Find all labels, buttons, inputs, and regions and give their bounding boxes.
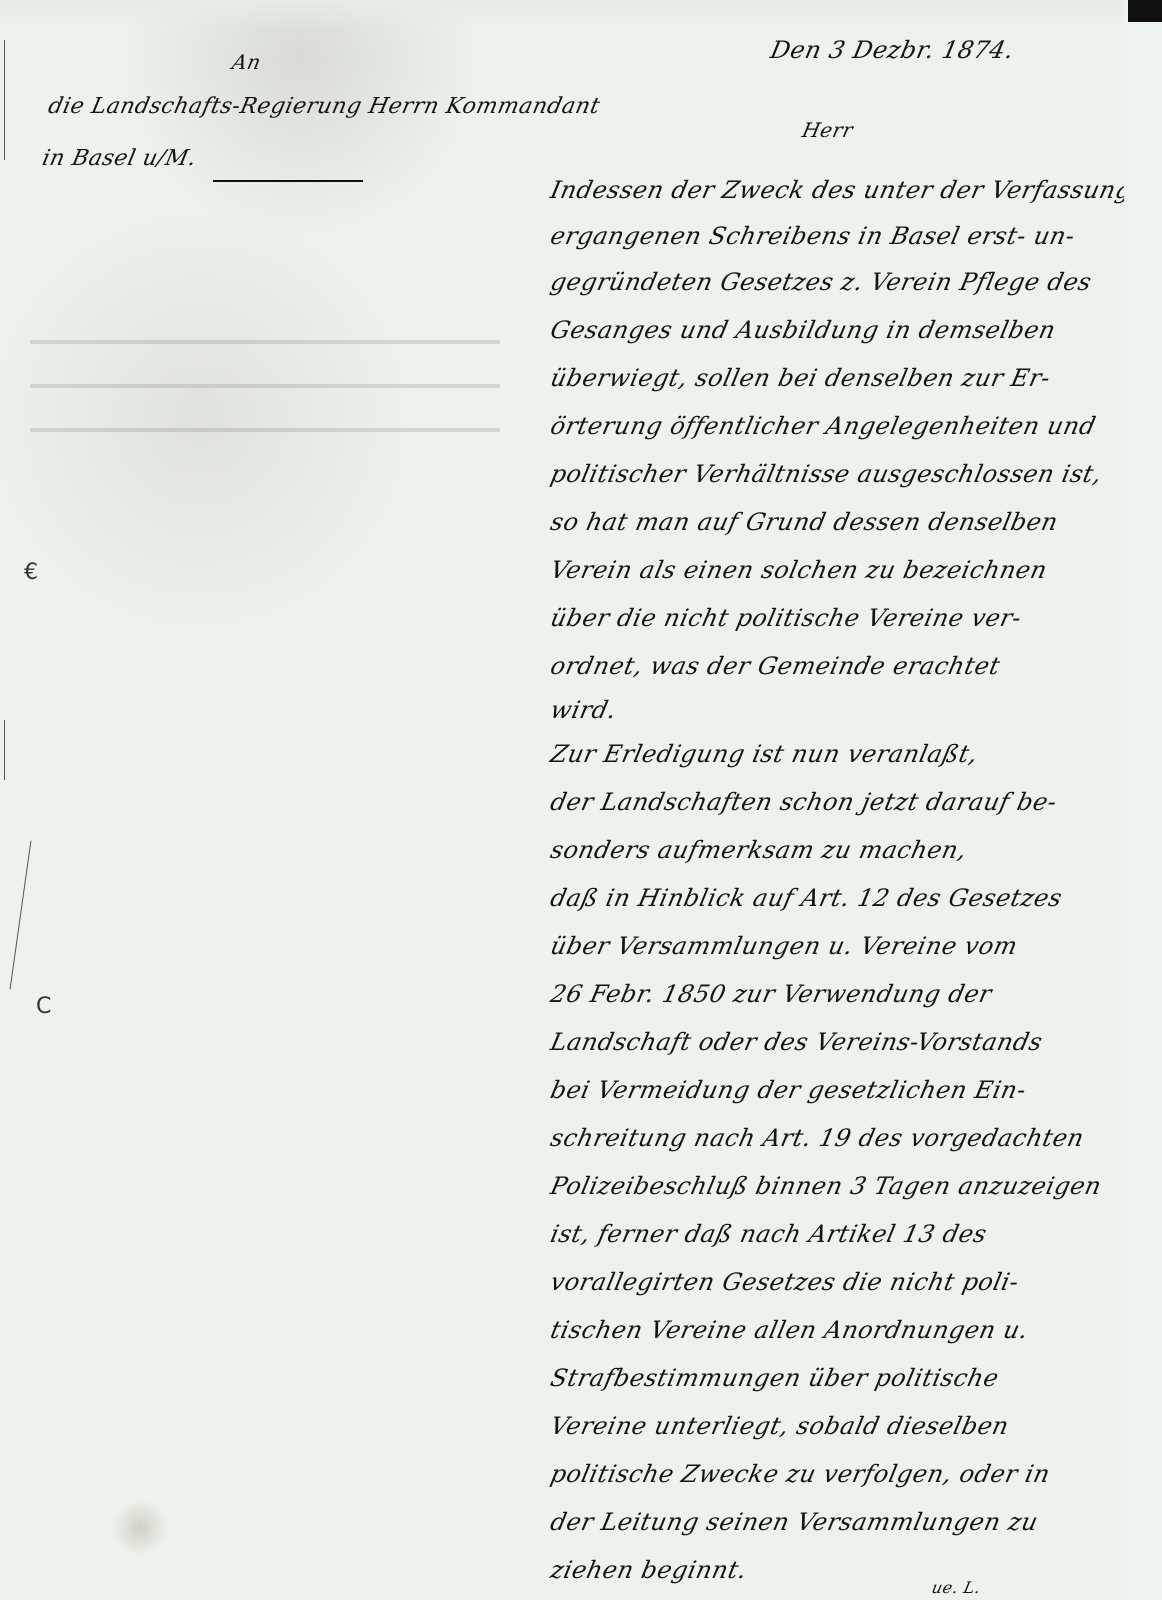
body-line: wird. [548,696,619,724]
body-line: so hat man auf Grund dessen denselben [548,508,1061,536]
body-line: Landschaft oder des Vereins-Vorstands [548,1028,1045,1056]
body-line: örterung öffentlicher Angelegenheiten un… [548,412,1098,440]
body-line: überwiegt, sollen bei denselben zur Er- [548,364,1053,392]
body-line: schreitung nach Art. 19 des vorgedachten [548,1124,1087,1152]
body-line: tischen Vereine allen Anordnungen u. [548,1316,1031,1344]
signature-fragment: ue. L. [930,1578,983,1597]
left-margin-rule [4,720,5,780]
recipient-line-1: die Landschafts-Regierung Herrn Kommanda… [46,94,602,119]
body-line: vorallegirten Gesetzes die nicht poli- [548,1268,1022,1296]
body-line: Zur Erledigung ist nun veranlaßt, [548,740,980,768]
margin-mark: C [36,994,51,1019]
body-line: Indessen der Zweck des unter der Verfass… [548,176,1135,204]
body-line: politische Zwecke zu verfolgen, oder in [548,1460,1053,1488]
left-margin-rule [10,841,32,990]
body-line: politischer Verhältnisse ausgeschlossen … [548,460,1105,488]
recipient-underline [213,180,363,182]
body-line: Strafbestimmungen über politische [548,1364,1002,1392]
recipient-line-2: in Basel u/M. [40,146,199,171]
body-line: ergangenen Schreibens in Basel erst- un- [548,222,1078,250]
body-line: daß in Hinblick auf Art. 12 des Gesetzes [548,884,1065,912]
body-line: Polizeibeschluß binnen 3 Tagen anzuzeige… [548,1172,1104,1200]
body-line: Verein als einen solchen zu bezeichnen [548,556,1050,584]
body-line: ziehen beginnt. [548,1556,750,1584]
body-line: über Versammlungen u. Vereine vom [548,932,1020,960]
body-line: 26 Febr. 1850 zur Verwendung der [548,980,994,1008]
body-line: Gesanges und Ausbildung in demselben [548,316,1058,344]
scan-top-black-bar [1128,0,1162,22]
body-line: über die nicht politische Vereine ver- [548,604,1024,632]
bleed-through-ghost-text [30,300,500,470]
scan-right-margin [1124,0,1162,1600]
greeting: Herr [800,118,856,142]
top-edge-shadow [0,0,1124,30]
scanned-letter-page: € C An die Landschafts-Regierung Herrn K… [0,0,1124,1600]
left-margin-rule [4,40,5,160]
margin-mark: € [24,560,38,585]
body-line: der Landschaften schon jetzt darauf be- [548,788,1060,816]
letter-date: Den 3 Dezbr. 1874. [768,36,1017,64]
body-line: der Leitung seinen Versammlungen zu [548,1508,1041,1536]
body-line: gegründeten Gesetzes z. Verein Pflege de… [548,268,1094,296]
body-line: Vereine unterliegt, sobald dieselben [548,1412,1012,1440]
body-line: ist, ferner daß nach Artikel 13 des [548,1220,990,1248]
salutation-an: An [230,50,263,74]
body-line: sonders aufmerksam zu machen, [548,836,969,864]
body-line: ordnet, was der Gemeinde erachtet [548,652,1003,680]
body-line: bei Vermeidung der gesetzlichen Ein- [548,1076,1029,1104]
